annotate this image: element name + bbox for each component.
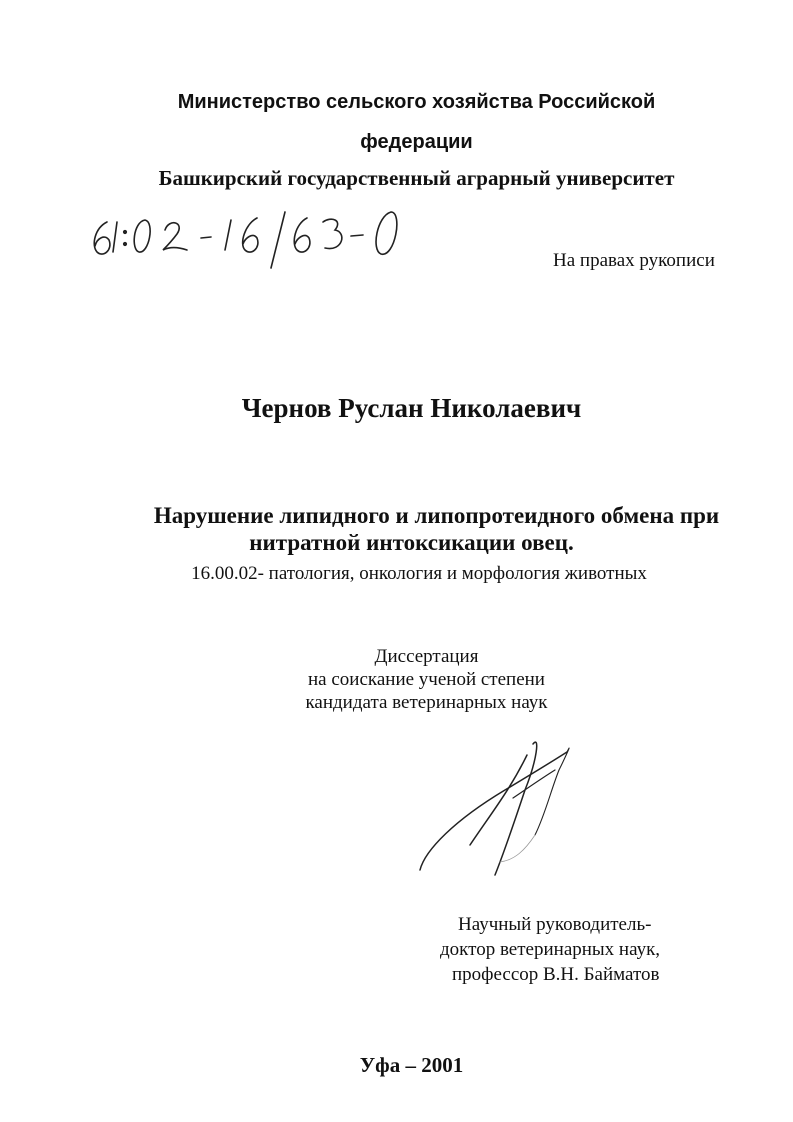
university-name: Башкирский государственный аграрный унив… [0, 166, 793, 191]
ministry-line-2: федерации [0, 131, 793, 154]
degree-line-2: на соискание ученой степени [60, 668, 793, 691]
supervisor-line-3: профессор В.Н. Байматов [440, 962, 660, 987]
dissertation-title-line-2: нитратной интоксикации овец. [0, 530, 793, 556]
degree-line-3: кандидата ветеринарных наук [60, 691, 793, 714]
specialty-code: 16.00.02- патология, онкология и морфоло… [0, 563, 793, 585]
degree-line-1: Диссертация [60, 645, 793, 668]
dissertation-title-line-1: Нарушение липидного и липопротеидного об… [0, 503, 793, 529]
manuscript-rights-note: На правах рукописи [553, 250, 715, 272]
author-name: Чернов Руслан Николаевич [0, 393, 793, 424]
handwritten-archive-code [85, 200, 465, 270]
city-year: Уфа – 2001 [0, 1053, 793, 1078]
scientific-supervisor: Научный руководитель- доктор ветеринарны… [440, 912, 660, 987]
supervisor-line-1: Научный руководитель- [440, 912, 660, 937]
signature-icon [415, 730, 575, 890]
supervisor-line-2: доктор ветеринарных наук, [440, 937, 660, 962]
degree-statement: Диссертация на соискание ученой степени … [0, 645, 793, 714]
ministry-line-1: Министерство сельского хозяйства Российс… [0, 91, 793, 114]
